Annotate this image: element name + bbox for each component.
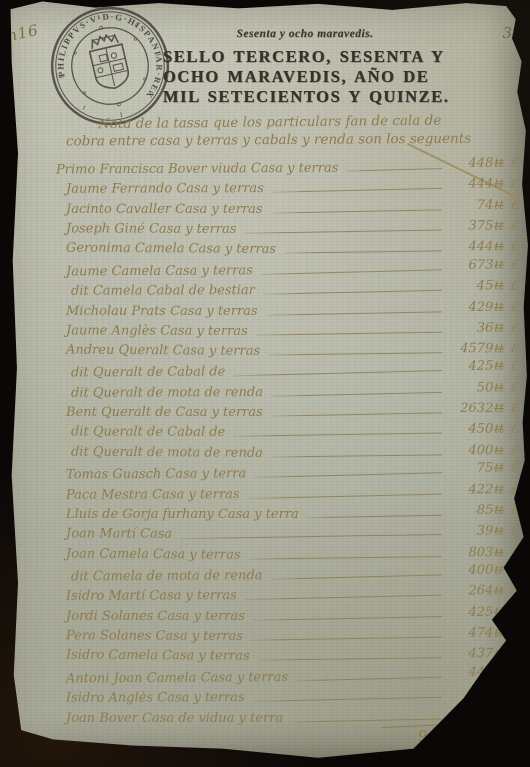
entry-dash-line — [251, 637, 442, 641]
folio-number: 3 — [502, 24, 512, 42]
ledger-row: Paca Mestra Casa y terras 422tt £ — [56, 481, 524, 503]
lliures-margin-mark: £ — [504, 522, 526, 540]
entry-value: 437tt — [448, 647, 504, 662]
lliures-margin-mark: £ — [504, 581, 526, 599]
lliures-margin-mark: £ — [504, 645, 526, 663]
ledger-row: Tomas Guasch Casa y terra 75tt £ — [56, 460, 524, 483]
entry-name: Micholau Prats Casa y terras — [56, 304, 258, 319]
ledger-row: Jacinto Cavaller Casa y terras 74tt £ — [56, 197, 524, 217]
entry-name: Isidro Martí Casa y terras — [56, 589, 237, 605]
entry-value: 4579tt — [448, 341, 504, 356]
ledger-row: Primo Francisca Bover viuda Casa y terra… — [56, 155, 524, 178]
entry-value: 36tt — [448, 321, 504, 336]
ledger-row: dit Camela Cabal de bestiar 45tt £ — [56, 277, 524, 299]
entry-dash-line — [248, 494, 442, 499]
ledger-row: Isidro Camela Casa y terras 437tt £ — [56, 643, 524, 666]
entry-value: 444tt — [448, 707, 504, 722]
entry-name: Isidro Camela Casa y terras — [56, 648, 250, 664]
lliures-margin-mark: £ — [504, 339, 526, 357]
lliures-margin-mark: £ — [504, 154, 526, 172]
entry-dash-line — [258, 658, 442, 661]
entry-dash-line — [272, 189, 442, 194]
ledger-row: Pera Solanes Casa y terras 474tt £ — [56, 623, 524, 645]
entry-name: Joan Martí Casa — [56, 527, 172, 542]
lliures-margin-mark: £ — [504, 399, 526, 417]
entry-value: 425tt — [448, 359, 504, 374]
entry-value: 85tt — [448, 503, 504, 518]
entry-dash-line — [245, 595, 442, 600]
lliures-margin-mark: £ — [504, 459, 526, 477]
entry-value: 2632tt — [448, 401, 504, 416]
lliures-margin-mark: £ — [504, 297, 526, 315]
lliures-margin-mark: £ — [504, 662, 526, 680]
ledger-row: Isidro Anglès Casa y terras 395tt £ — [56, 684, 524, 706]
entry-name: Isidro Anglès Casa y terras — [56, 690, 245, 706]
entry-dash-line — [271, 209, 442, 213]
entry-value: 425tt — [448, 605, 504, 620]
ledger-row: Joan Bover Casa de vidua y terra 444tt £ — [56, 705, 524, 725]
entry-name: Jordi Solanes Casa y terras — [56, 609, 245, 624]
entry-name: Jaume Anglès Casa y terras — [56, 323, 248, 339]
entry-dash-line — [249, 556, 442, 559]
lliures-margin-mark: £ — [504, 480, 526, 498]
entry-value: 474tt — [448, 626, 504, 641]
ledger-row: Bent Queralt de Casa y terras 2632tt £ — [56, 400, 524, 420]
entry-dash-line — [253, 697, 442, 702]
ledger-row: Lluis de Gorja furhany Casa y terra 85tt… — [56, 502, 524, 522]
entry-dash-line — [291, 718, 442, 722]
lliures-margin-mark: £ — [504, 357, 526, 375]
entry-name: dit Camela Cabal de bestiar — [56, 284, 255, 300]
entry-value: 444tt — [448, 177, 504, 192]
entry-dash-line — [284, 251, 442, 254]
entry-dash-line — [256, 332, 442, 336]
entry-value: 395tt — [448, 686, 504, 701]
lliures-margin-mark: £ — [504, 318, 526, 336]
lliures-margin-mark: £ — [504, 441, 526, 459]
entry-name: Jacinto Cavaller Casa y terras — [56, 202, 263, 217]
entry-name: Jaume Camela Casa y terras — [56, 263, 253, 279]
entry-name: Tomas Guasch Casa y terra — [56, 467, 246, 483]
ledger-row: dit Queralt de Cabal de 425tt £ — [56, 358, 524, 381]
entry-dash-line — [307, 515, 442, 519]
stamp-header-line-3: MIL SETECIENTOS Y QUINZE. — [163, 87, 525, 107]
entry-value: 400tt — [448, 563, 504, 578]
ledger-row: dit Camela de mota de renda 400tt £ — [56, 561, 524, 584]
ledger-row: Jaume Camela Casa y terras 673tt £ — [56, 256, 524, 279]
entry-name: Bent Queralt de Casa y terras — [56, 405, 263, 420]
entry-dash-line — [263, 290, 442, 295]
stamp-header-line-1: SELLO TERCERO, SESENTA Y — [163, 47, 525, 67]
stamp-header-line-2: OCHO MARAVEDIS, AÑO DE — [163, 67, 525, 87]
entry-name: Geronima Camela Casa y terras — [56, 241, 276, 257]
entry-dash-line — [271, 392, 442, 397]
lliures-margin-mark: £ — [504, 683, 526, 701]
entry-dash-line — [346, 168, 442, 171]
entry-name: Andreu Queralt Casa y terras — [56, 343, 260, 359]
entry-dash-line — [271, 575, 442, 580]
lliures-margin-mark: £ — [504, 704, 526, 722]
entry-name: Joan Camela Casa y terras — [56, 546, 241, 562]
ledger-row: Joan Camela Casa y terras 803tt £ — [56, 541, 524, 564]
entry-name: Lluis de Gorja furhany Casa y terra — [56, 507, 299, 522]
manuscript-page: n16 3 PHI — [0, 0, 530, 767]
total-value: 9787 — [418, 727, 480, 746]
lliures-margin-mark: £ — [504, 560, 526, 578]
entry-name: dit Queralt de Cabal de — [56, 425, 225, 441]
entry-name: Joan Bover Casa de vidua y terra — [56, 711, 283, 726]
ledger-row: Joan Martí Casa 39tt £ — [56, 521, 524, 543]
ledger-row: Geronima Camela Casa y terras 444tt £ — [56, 236, 524, 259]
entry-value: 448tt — [448, 156, 504, 171]
lliures-margin-mark: £ — [504, 624, 526, 642]
entry-value: 673tt — [448, 258, 504, 273]
tax-ledger-list: Primo Francisca Bover viuda Casa y terra… — [56, 156, 524, 726]
lliures-margin-mark: £ — [504, 602, 526, 620]
entry-value: 74tt — [448, 198, 504, 213]
entry-value: 39tt — [448, 524, 504, 539]
entry-dash-line — [271, 413, 442, 417]
stamp-header-block: SELLO TERCERO, SESENTA Y OCHO MARAVEDIS,… — [163, 47, 525, 107]
lliures-margin-mark: £ — [504, 255, 526, 273]
total-superscript: o — [478, 726, 484, 736]
entry-dash-line — [268, 353, 442, 356]
lliures-margin-mark: £ — [504, 501, 526, 519]
entry-value: 445tt — [448, 665, 504, 680]
entry-value: 45tt — [448, 279, 504, 294]
entry-value: 264tt — [448, 584, 504, 599]
lliures-margin-mark: £ — [504, 196, 526, 214]
entry-value: 429tt — [448, 300, 504, 315]
entry-name: Paca Mestra Casa y terras — [56, 487, 240, 503]
entry-value: 375tt — [448, 219, 504, 234]
entry-name: Antoni Joan Camela Casa y terras — [56, 670, 288, 686]
entry-value: 50tt — [448, 380, 504, 395]
lliures-margin-mark: £ — [504, 378, 526, 396]
lliures-margin-mark: £ — [504, 238, 526, 256]
ledger-row: Jaume Anglès Casa y terras 36tt £ — [56, 318, 524, 340]
entry-name: dit Queralt de Cabal de — [56, 365, 225, 381]
entry-value: 803tt — [448, 545, 504, 560]
stamp-header-smallprint: Sesenta y ocho maravedis. — [205, 28, 405, 40]
ledger-row: Antoni Joan Camela Casa y terras 445tt £ — [56, 663, 524, 686]
ledger-row: Isidro Martí Casa y terras 264tt £ — [56, 582, 524, 604]
ledger-row: Jordi Solanes Casa y terras 425tt £ — [56, 604, 524, 624]
entry-dash-line — [266, 311, 442, 315]
lliures-margin-mark: £ — [504, 543, 526, 561]
entry-name: Jaume Ferrando Casa y terras — [56, 182, 264, 198]
entry-value: 444tt — [448, 240, 504, 255]
entry-dash-line — [261, 269, 442, 275]
entry-value: 450tt — [448, 422, 504, 437]
ledger-row: dit Queralt de mota de renda 50tt £ — [56, 379, 524, 401]
entry-dash-line — [233, 371, 442, 377]
entry-dash-line — [254, 473, 442, 479]
entry-value: 75tt — [448, 461, 504, 476]
entry-value: 400tt — [448, 443, 504, 458]
lliures-margin-mark: £ — [504, 276, 526, 294]
entry-dash-line — [180, 534, 442, 539]
entry-dash-line — [244, 230, 442, 234]
lliures-margin-mark: £ — [504, 175, 526, 193]
ledger-row: Joseph Giné Casa y terras 375tt £ — [56, 216, 524, 238]
entry-name: dit Queralt de mota de renda — [56, 445, 263, 461]
ledger-row: Jaume Ferrando Casa y terras 444tt £ — [56, 176, 524, 198]
ledger-row: Micholau Prats Casa y terras 429tt £ — [56, 298, 524, 318]
entry-dash-line — [253, 616, 442, 621]
manuscript-photo: { "page": { "corner_annotation": "n16", … — [0, 0, 530, 767]
entry-dash-line — [296, 677, 442, 682]
entry-name: dit Queralt de mota de renda — [56, 385, 263, 401]
ledger-row: dit Queralt de Cabal de 450tt £ — [56, 420, 524, 442]
entry-dash-line — [271, 454, 442, 457]
handwritten-heading-line-2: cobra entre casa y terras y cabals y ren… — [66, 130, 506, 149]
entry-dash-line — [233, 433, 442, 437]
entry-value: 422tt — [448, 482, 504, 497]
lliures-margin-mark: £ — [504, 217, 526, 235]
lliures-margin-mark: £ — [504, 420, 526, 438]
